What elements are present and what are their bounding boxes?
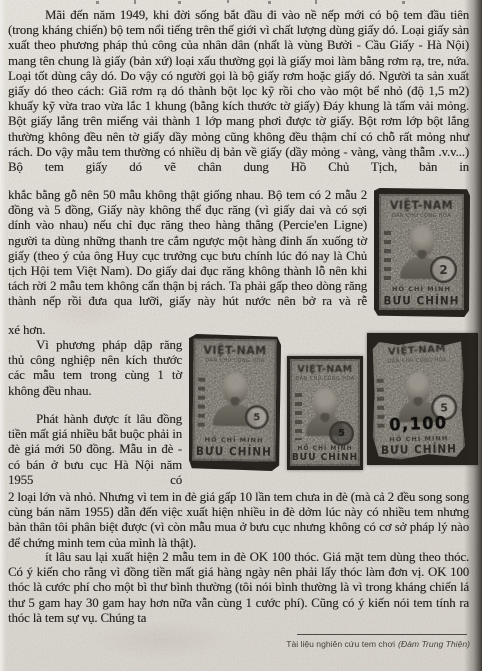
scanned-book-page: Mãi đến năm 1949, khi đời sống bắt đầu đ…	[0, 0, 482, 671]
page-gutter-shadow	[464, 0, 482, 671]
footer-credit: Tài liệu nghiên cứu tem chơi(Đàm Trung T…	[260, 639, 470, 649]
stamp-name-label: HỒ CHÍ MINH	[290, 445, 360, 452]
stamp-photo-middle: VIỆT-NAM DÂN CHỦ CỘNG HÒA 5 HỒ CHÍ MINH …	[287, 356, 363, 470]
stamp-value-badge: 5	[245, 405, 269, 429]
stamp-name-label: HỒ CHÍ MINH	[379, 285, 464, 293]
stamp-value-badge: 5	[329, 421, 354, 446]
stamp-value: 5	[338, 428, 345, 439]
paragraph-perforation: Vì phương pháp dập răng thủ công nghiệp …	[8, 338, 182, 418]
paragraph-intro-wrapped: khắc bằng gỗ nên 50 mẫu không thật giống…	[8, 188, 367, 328]
stamp-overprint-value: 0,100	[372, 412, 465, 435]
stamp-photo-top: VIỆT-NAM DÂN CHỦ CỘNG HÒA 2 HỒ CHÍ MINH …	[374, 188, 470, 317]
stamp-bureau-label: BƯU CHÍNH	[192, 445, 275, 459]
footer-rule	[297, 634, 467, 635]
stamp-image-2dong: VIỆT-NAM DÂN CHỦ CỘNG HÒA 2 HỒ CHÍ MINH …	[379, 194, 464, 310]
stamp-side-inscription	[198, 378, 206, 432]
stamp-image-0100-overprint: VIỆT-NAM DÂN CHỦ CỘNG HÒA 5 HỒ CHÍ MINH …	[371, 339, 465, 460]
stamp-side-inscription	[295, 393, 302, 440]
paragraph-intro-tail: xé hơn.	[8, 323, 208, 338]
stamp-value-badge: 2	[430, 256, 457, 283]
paragraph-overprint-full: 2 loại lớn và nhỏ. Nhưng vì tem in đè gi…	[8, 490, 469, 554]
stamp-subtitle-label: DÂN CHỦ CỘNG HÒA	[193, 358, 276, 365]
paragraph-overprint-narrow: Phát hành được ít lâu đồng tiền mất giá …	[8, 412, 182, 492]
stamp-photo-left: VIỆT-NAM DÂN CHỦ CỘNG HÒA 5 HỒ CHÍ MINH …	[189, 334, 281, 471]
portrait-head	[410, 225, 434, 256]
stamp-value: 2	[439, 263, 447, 277]
stamp-value: 5	[253, 412, 260, 423]
stamp-side-inscription	[384, 231, 391, 282]
stamp-bureau-label: BƯU CHÍNH	[373, 442, 465, 457]
paragraph-intro: Mãi đến năm 1949, khi đời sống bắt đầu đ…	[8, 8, 469, 194]
stamp-subtitle-label: DÂN CHỦ CỘNG HÒA	[290, 376, 360, 382]
stamp-name-label: HỒ CHÍ MINH	[193, 436, 276, 445]
stamp-subtitle-label: DÂN CHỦ CỘNG HÒA	[379, 213, 464, 219]
portrait-head	[222, 372, 246, 403]
stamp-country-label: VIỆT-NAM	[379, 199, 464, 213]
stamp-photo-right: VIỆT-NAM DÂN CHỦ CỘNG HÒA 5 HỒ CHÍ MINH …	[367, 333, 478, 465]
footer-source-label: Tài liệu nghiên cứu tem chơi	[286, 639, 395, 649]
stamp-bureau-label: BƯU CHÍNH	[290, 452, 360, 463]
stamp-country-label: VIỆT-NAM	[193, 343, 276, 358]
portrait-head	[405, 372, 430, 403]
stamp-country-label: VIỆT-NAM	[290, 364, 360, 376]
stamp-bureau-label: BƯU CHÍNH	[379, 294, 464, 307]
footer-author-label: (Đàm Trung Thiện)	[398, 639, 470, 649]
stamp-image-5dong-dark: VIỆT-NAM DÂN CHỦ CỘNG HÒA 5 HỒ CHÍ MINH …	[290, 359, 360, 466]
portrait-head	[313, 388, 337, 419]
paragraph-ok100thoc: ít lâu sau lại xuất hiện 2 mẫu tem in đè…	[8, 550, 469, 630]
stamp-image-5dong: VIỆT-NAM DÂN CHỦ CỘNG HÒA 5 HỒ CHÍ MINH …	[192, 339, 276, 462]
page-left-edge	[0, 0, 6, 671]
